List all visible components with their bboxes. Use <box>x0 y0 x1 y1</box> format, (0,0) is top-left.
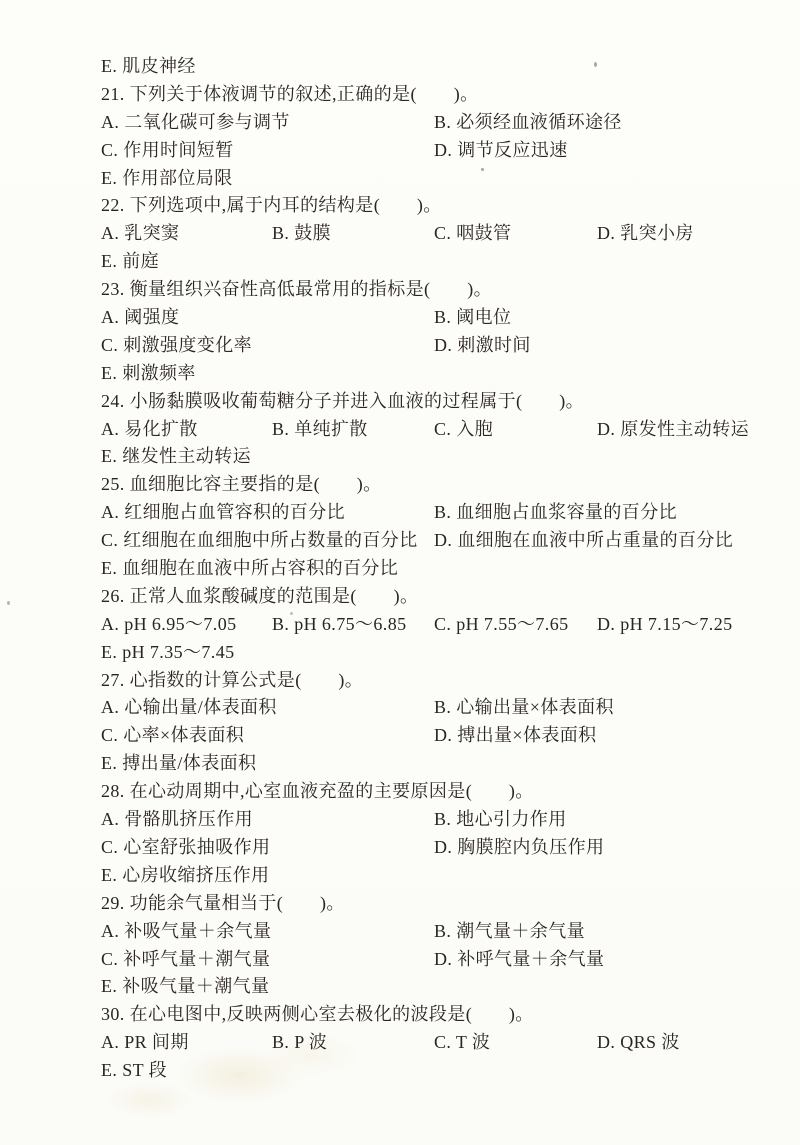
text-line: E. 作用部位局限 <box>101 164 761 192</box>
question-block: 23. 衡量组织兴奋性高低最常用的指标是( )。A. 阈强度B. 阈电位C. 刺… <box>101 275 761 387</box>
option-C: C. 心率×体表面积 <box>101 723 244 747</box>
option-A: A. 红细胞占血管容积的百分比 <box>101 500 345 524</box>
question-stem: 21. 下列关于体液调节的叙述,正确的是( )。 <box>101 82 479 106</box>
question-list: E. 肌皮神经21. 下列关于体液调节的叙述,正确的是( )。A. 二氧化碳可参… <box>101 52 761 1084</box>
text-line: C. 补呼气量＋潮气量D. 补呼气量＋余气量 <box>101 945 761 973</box>
option-E: E. pH 7.35～7.45 <box>101 640 235 664</box>
question-stem: 27. 心指数的计算公式是( )。 <box>101 668 363 692</box>
text-line: A. 易化扩散B. 单纯扩散C. 入胞D. 原发性主动转运 <box>101 415 761 443</box>
option-D: D. pH 7.15～7.25 <box>597 612 733 636</box>
option-B: B. 单纯扩散 <box>272 417 368 441</box>
option-B: B. 地心引力作用 <box>434 807 567 831</box>
option-D: D. 原发性主动转运 <box>597 417 749 441</box>
question-block: 22. 下列选项中,属于内耳的结构是( )。A. 乳突窦B. 鼓膜C. 咽鼓管D… <box>101 191 761 275</box>
question-block: 28. 在心动周期中,心室血液充盈的主要原因是( )。A. 骨骼肌挤压作用B. … <box>101 777 761 889</box>
option-E-carryover: E. 肌皮神经 <box>101 54 196 78</box>
option-D: D. 血细胞在血液中所占重量的百分比 <box>434 528 733 552</box>
question-block: 21. 下列关于体液调节的叙述,正确的是( )。A. 二氧化碳可参与调节B. 必… <box>101 80 761 192</box>
text-line: 27. 心指数的计算公式是( )。 <box>101 666 761 694</box>
scan-speck <box>7 601 10 605</box>
text-line: 30. 在心电图中,反映两侧心室去极化的波段是( )。 <box>101 1000 761 1028</box>
option-D: D. QRS 波 <box>597 1030 680 1054</box>
text-line: 29. 功能余气量相当于( )。 <box>101 889 761 917</box>
option-D: D. 调节反应迅速 <box>434 138 568 162</box>
option-B: B. 心输出量×体表面积 <box>434 695 614 719</box>
option-E: E. 搏出量/体表面积 <box>101 751 256 775</box>
option-D: D. 刺激时间 <box>434 333 531 357</box>
text-line: 28. 在心动周期中,心室血液充盈的主要原因是( )。 <box>101 777 761 805</box>
question-block: 26. 正常人血浆酸碱度的范围是( )。A. pH 6.95～7.05B. pH… <box>101 582 761 666</box>
text-line: A. 心输出量/体表面积B. 心输出量×体表面积 <box>101 693 761 721</box>
text-line: E. 前庭 <box>101 247 761 275</box>
option-E: E. 补吸气量＋潮气量 <box>101 974 269 998</box>
text-line: 21. 下列关于体液调节的叙述,正确的是( )。 <box>101 80 761 108</box>
option-E: E. 继发性主动转运 <box>101 444 251 468</box>
text-line: 24. 小肠黏膜吸收葡萄糖分子并进入血液的过程属于( )。 <box>101 387 761 415</box>
option-C: C. 红细胞在血细胞中所占数量的百分比 <box>101 528 418 552</box>
scanned-exam-page: E. 肌皮神经21. 下列关于体液调节的叙述,正确的是( )。A. 二氧化碳可参… <box>0 0 800 1145</box>
text-line: E. ST 段 <box>101 1056 761 1084</box>
option-A: A. 乳突窦 <box>101 221 179 245</box>
text-line: E. pH 7.35～7.45 <box>101 638 761 666</box>
question-stem: 30. 在心电图中,反映两侧心室去极化的波段是( )。 <box>101 1002 534 1026</box>
question-block: 27. 心指数的计算公式是( )。A. 心输出量/体表面积B. 心输出量×体表面… <box>101 666 761 778</box>
option-A: A. pH 6.95～7.05 <box>101 612 237 636</box>
question-stem: 28. 在心动周期中,心室血液充盈的主要原因是( )。 <box>101 779 534 803</box>
question-block: 30. 在心电图中,反映两侧心室去极化的波段是( )。A. PR 间期B. P … <box>101 1000 761 1084</box>
option-B: B. P 波 <box>272 1030 327 1054</box>
question-block: 24. 小肠黏膜吸收葡萄糖分子并进入血液的过程属于( )。A. 易化扩散B. 单… <box>101 387 761 471</box>
option-E: E. 血细胞在血液中所占容积的百分比 <box>101 556 398 580</box>
text-line: 25. 血细胞比容主要指的是( )。 <box>101 470 761 498</box>
option-B: B. 阈电位 <box>434 305 511 329</box>
option-A: A. 骨骼肌挤压作用 <box>101 807 253 831</box>
text-line: A. 阈强度B. 阈电位 <box>101 303 761 331</box>
option-A: A. PR 间期 <box>101 1030 189 1054</box>
option-A: A. 阈强度 <box>101 305 179 329</box>
text-line: A. 补吸气量＋余气量B. 潮气量＋余气量 <box>101 917 761 945</box>
text-line: A. 乳突窦B. 鼓膜C. 咽鼓管D. 乳突小房 <box>101 219 761 247</box>
text-line: E. 继发性主动转运 <box>101 442 761 470</box>
scan-speck <box>481 168 484 171</box>
question-stem: 23. 衡量组织兴奋性高低最常用的指标是( )。 <box>101 277 492 301</box>
text-line: C. 刺激强度变化率D. 刺激时间 <box>101 331 761 359</box>
text-line: C. 心室舒张抽吸作用D. 胸膜腔内负压作用 <box>101 833 761 861</box>
question-stem: 29. 功能余气量相当于( )。 <box>101 891 345 915</box>
option-B: B. pH 6.75～6.85 <box>272 612 407 636</box>
option-B: B. 必须经血液循环途径 <box>434 110 622 134</box>
option-A: A. 易化扩散 <box>101 417 198 441</box>
text-line: C. 心率×体表面积D. 搏出量×体表面积 <box>101 721 761 749</box>
question-stem: 26. 正常人血浆酸碱度的范围是( )。 <box>101 584 418 608</box>
option-C: C. 心室舒张抽吸作用 <box>101 835 270 859</box>
option-C: C. 咽鼓管 <box>434 221 511 245</box>
text-line: 22. 下列选项中,属于内耳的结构是( )。 <box>101 191 761 219</box>
option-D: D. 搏出量×体表面积 <box>434 723 597 747</box>
option-C: C. pH 7.55～7.65 <box>434 612 569 636</box>
option-B: B. 鼓膜 <box>272 221 331 245</box>
text-line: A. 骨骼肌挤压作用B. 地心引力作用 <box>101 805 761 833</box>
option-A: A. 补吸气量＋余气量 <box>101 919 271 943</box>
option-C: C. 补呼气量＋潮气量 <box>101 947 270 971</box>
text-line: A. PR 间期B. P 波C. T 波D. QRS 波 <box>101 1028 761 1056</box>
text-line: E. 心房收缩挤压作用 <box>101 861 761 889</box>
option-D: D. 补呼气量＋余气量 <box>434 947 604 971</box>
option-E: E. ST 段 <box>101 1058 167 1082</box>
question-stem: 24. 小肠黏膜吸收葡萄糖分子并进入血液的过程属于( )。 <box>101 389 584 413</box>
option-E: E. 前庭 <box>101 249 159 273</box>
text-line: 23. 衡量组织兴奋性高低最常用的指标是( )。 <box>101 275 761 303</box>
question-block: 29. 功能余气量相当于( )。A. 补吸气量＋余气量B. 潮气量＋余气量C. … <box>101 889 761 1001</box>
text-line: E. 血细胞在血液中所占容积的百分比 <box>101 554 761 582</box>
scan-speck <box>594 62 597 67</box>
option-C: C. T 波 <box>434 1030 490 1054</box>
text-line: A. 红细胞占血管容积的百分比B. 血细胞占血浆容量的百分比 <box>101 498 761 526</box>
text-line: E. 补吸气量＋潮气量 <box>101 972 761 1000</box>
option-A: A. 二氧化碳可参与调节 <box>101 110 290 134</box>
question-block: 25. 血细胞比容主要指的是( )。A. 红细胞占血管容积的百分比B. 血细胞占… <box>101 470 761 582</box>
question-stem: 25. 血细胞比容主要指的是( )。 <box>101 472 382 496</box>
option-C: C. 入胞 <box>434 417 493 441</box>
option-D: D. 乳突小房 <box>597 221 694 245</box>
text-line: E. 搏出量/体表面积 <box>101 749 761 777</box>
option-E: E. 刺激频率 <box>101 361 196 385</box>
question-stem: 22. 下列选项中,属于内耳的结构是( )。 <box>101 193 442 217</box>
scan-speck <box>290 612 293 615</box>
option-C: C. 刺激强度变化率 <box>101 333 252 357</box>
option-C: C. 作用时间短暂 <box>101 138 234 162</box>
text-line: E. 刺激频率 <box>101 359 761 387</box>
text-line: C. 红细胞在血细胞中所占数量的百分比D. 血细胞在血液中所占重量的百分比 <box>101 526 761 554</box>
option-B: B. 潮气量＋余气量 <box>434 919 585 943</box>
text-line: 26. 正常人血浆酸碱度的范围是( )。 <box>101 582 761 610</box>
option-D: D. 胸膜腔内负压作用 <box>434 835 604 859</box>
option-E: E. 作用部位局限 <box>101 166 233 190</box>
text-line: A. 二氧化碳可参与调节B. 必须经血液循环途径 <box>101 108 761 136</box>
option-A: A. 心输出量/体表面积 <box>101 695 277 719</box>
text-line: E. 肌皮神经 <box>101 52 761 80</box>
option-B: B. 血细胞占血浆容量的百分比 <box>434 500 677 524</box>
option-E: E. 心房收缩挤压作用 <box>101 863 269 887</box>
text-line: A. pH 6.95～7.05B. pH 6.75～6.85C. pH 7.55… <box>101 610 761 638</box>
scan-speck <box>245 849 248 852</box>
text-line: C. 作用时间短暂D. 调节反应迅速 <box>101 136 761 164</box>
